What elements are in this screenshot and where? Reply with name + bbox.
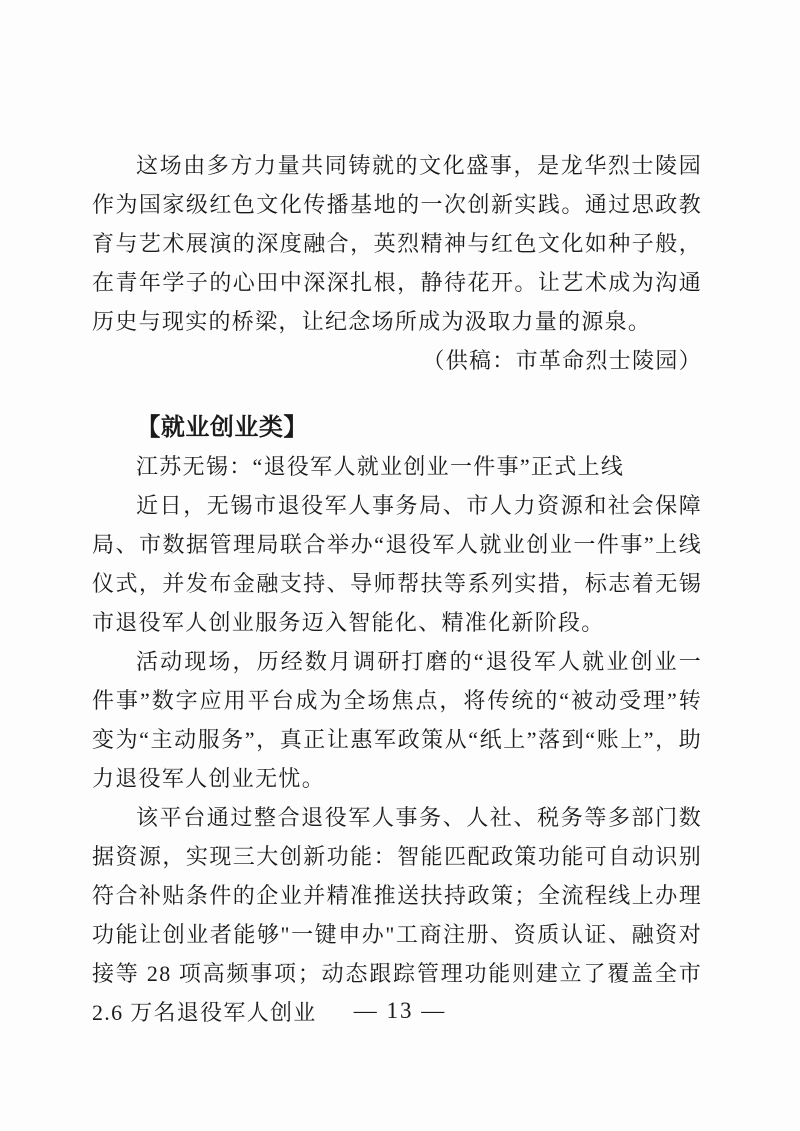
section-heading-employment-category: 【就业创业类】 (92, 408, 702, 447)
employment-paragraph-1: 近日，无锡市退役军人事务局、市人力资源和社会保障局、市数据管理局联合举办“退役军… (92, 486, 702, 642)
document-page: 这场由多方力量共同铸就的文化盛事，是龙华烈士陵园作为国家级红色文化传播基地的一次… (0, 0, 800, 1131)
article-title-wuxi-launch: 江苏无锡：“退役军人就业创业一件事”正式上线 (92, 447, 702, 486)
contributor-byline: （供稿：市革命烈士陵园） (92, 341, 702, 380)
culture-article-closing-paragraph: 这场由多方力量共同铸就的文化盛事，是龙华烈士陵园作为国家级红色文化传播基地的一次… (92, 146, 702, 341)
employment-paragraph-2: 活动现场，历经数月调研打磨的“退役军人就业创业一件事”数字应用平台成为全场焦点，… (92, 642, 702, 798)
employment-paragraph-3: 该平台通过整合退役军人事务、人社、税务等多部门数据资源，实现三大创新功能：智能匹… (92, 798, 702, 1032)
page-number: — 13 — (0, 998, 800, 1024)
page-content: 这场由多方力量共同铸就的文化盛事，是龙华烈士陵园作为国家级红色文化传播基地的一次… (92, 146, 702, 1032)
